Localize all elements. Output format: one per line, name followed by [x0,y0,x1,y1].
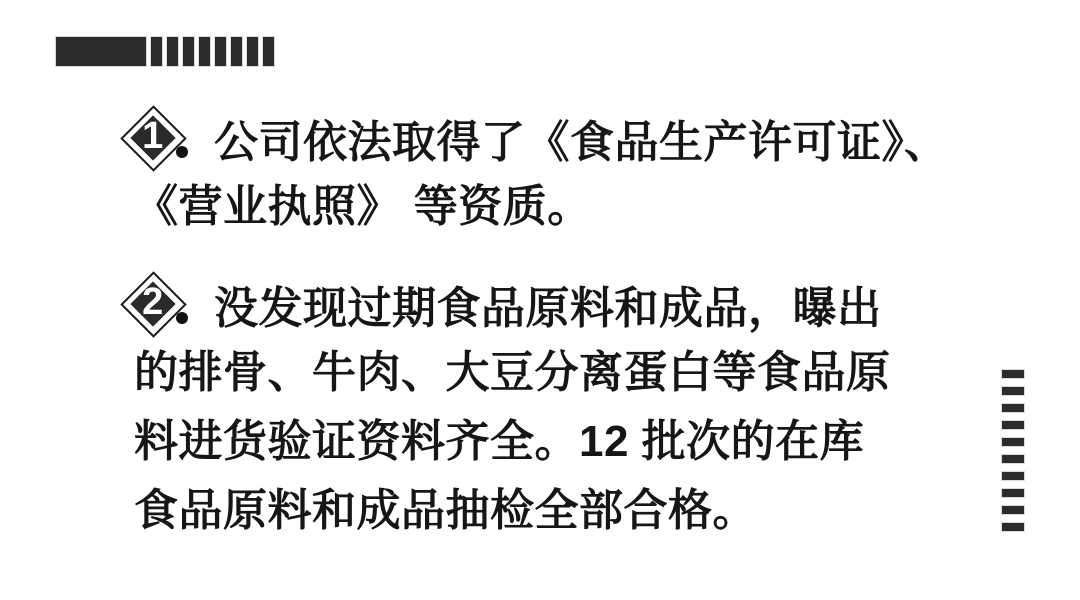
dash [1002,438,1024,446]
dash [1002,489,1024,497]
stripe [231,37,242,66]
stripe [167,37,178,66]
text-line: 公司依法取得了《食品生产许可证》、 [214,106,949,170]
stripe [247,37,258,66]
period-dot [176,146,188,158]
dash [1002,455,1024,463]
text-line: 食品原料和成品抽检全部合格。 [134,476,980,545]
dash [1002,370,1024,378]
number-1-diamond-icon: 1 [120,105,186,171]
topleft-solid-bar [56,37,146,66]
text-line: 料进货验证资料齐全。12 批次的在库 [134,407,980,476]
point-2-rest-lines: 的排骨、牛肉、大豆分离蛋白等食品原料进货验证资料齐全。12 批次的在库食品原料和… [120,338,980,545]
stripe [151,37,162,66]
dash [1002,421,1024,429]
number-2-diamond-icon: 2 [120,271,186,337]
point-1-first-line: 1 公司依法取得了《食品生产许可证》、 [120,103,980,172]
point-1-rest-lines: 《营业执照》 等资质。 [120,172,980,241]
page: 1 公司依法取得了《食品生产许可证》、 《营业执照》 等资质。 2 没发现过期食… [0,0,1080,600]
dash [1002,404,1024,412]
topleft-stripes [151,37,274,66]
point-1: 1 公司依法取得了《食品生产许可证》、 《营业执照》 等资质。 [120,103,980,241]
point-2: 2 没发现过期食品原料和成品，曝出 的排骨、牛肉、大豆分离蛋白等食品原料进货验证… [120,269,980,545]
dash [1002,523,1024,531]
text-line: 《营业执照》 等资质。 [134,172,980,241]
text-line: 的排骨、牛肉、大豆分离蛋白等食品原 [134,338,980,407]
dash [1002,387,1024,395]
dash [1002,506,1024,514]
text-line: 没发现过期食品原料和成品，曝出 [214,272,882,336]
point-number: 1 [120,105,186,171]
period-dot [176,312,188,324]
point-2-first-line: 2 没发现过期食品原料和成品，曝出 [120,269,980,338]
dash [1002,472,1024,480]
stripe [199,37,210,66]
topleft-bar-decoration [56,37,274,66]
point-number: 2 [120,271,186,337]
content: 1 公司依法取得了《食品生产许可证》、 《营业执照》 等资质。 2 没发现过期食… [120,103,980,545]
right-dash-decoration [1002,370,1024,531]
stripe [263,37,274,66]
stripe [215,37,226,66]
stripe [183,37,194,66]
